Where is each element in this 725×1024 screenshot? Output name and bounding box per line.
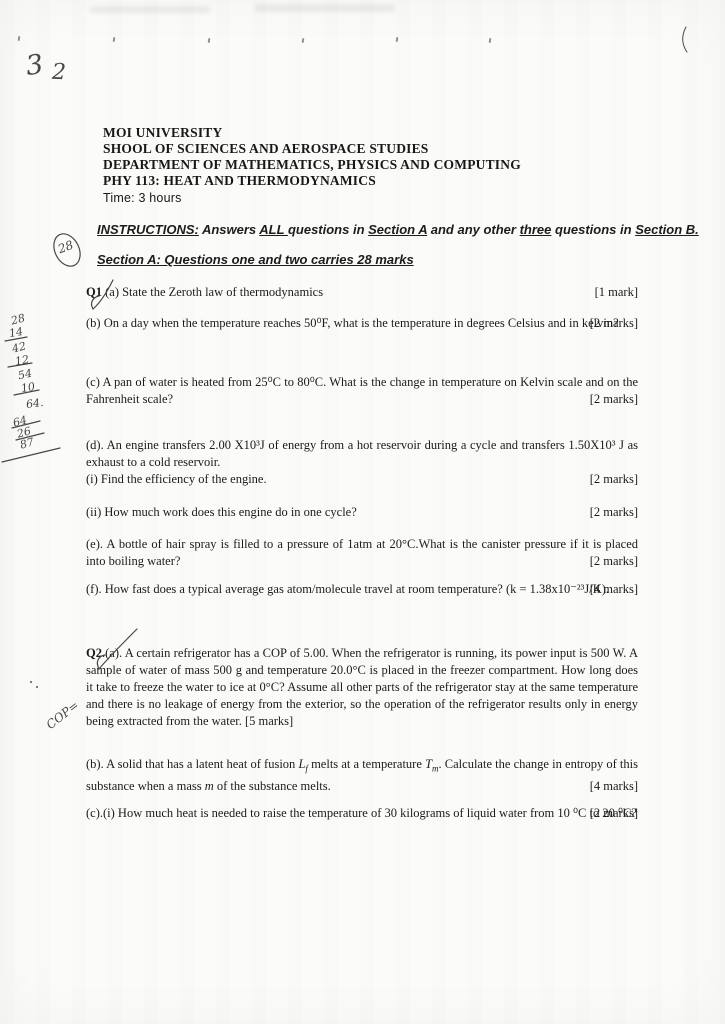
q1di-marks: [2 marks] bbox=[590, 471, 638, 488]
q2-number: Q2 bbox=[86, 646, 102, 660]
question-1e: (e). A bottle of hair spray is filled to… bbox=[86, 536, 638, 570]
handwritten-tally-item: 87 bbox=[19, 435, 36, 451]
q1b-text: (b) On a day when the temperature reache… bbox=[86, 316, 619, 330]
instructions-label: INSTRUCTIONS: bbox=[97, 222, 199, 237]
q2c-text: (c).(i) How much heat is needed to raise… bbox=[86, 806, 637, 820]
handwritten-corner-digit: 2 bbox=[52, 60, 67, 85]
scan-smudge bbox=[255, 4, 395, 12]
q2b-marks: [4 marks] bbox=[590, 778, 638, 795]
q2b-text: of the substance melts. bbox=[214, 779, 331, 793]
handwritten-sum-item: 14 bbox=[8, 325, 24, 340]
handwritten-sum-item: 10 bbox=[20, 380, 36, 395]
handwritten-circled-total: 28 bbox=[56, 238, 75, 256]
handwritten-corner-digit: 3 bbox=[24, 49, 45, 82]
q2c-marks: [2 marks] bbox=[590, 805, 638, 822]
question-1d-intro: (d). An engine transfers 2.00 X10³J of e… bbox=[86, 437, 638, 471]
scan-speck bbox=[113, 37, 116, 42]
instructions-text: questions in bbox=[551, 222, 635, 237]
exam-header: MOI UNIVERSITY SHOOL OF SCIENCES AND AER… bbox=[103, 125, 521, 206]
scan-speck bbox=[208, 38, 211, 43]
instructions-text: Answers bbox=[199, 222, 259, 237]
q2b-text: melts at a temperature bbox=[308, 757, 425, 771]
instructions-emph-section-b: Section B. bbox=[635, 222, 699, 237]
question-1f: (f). How fast does a typical average gas… bbox=[86, 581, 638, 598]
tally-underline bbox=[2, 448, 60, 462]
question-2a: Q2.(a). A certain refrigerator has a COP… bbox=[86, 645, 638, 730]
scan-pen-mark bbox=[683, 27, 687, 52]
exam-duration: Time: 3 hours bbox=[103, 190, 521, 206]
scan-speck bbox=[396, 37, 399, 42]
scan-smudge bbox=[90, 6, 210, 13]
pen-dot bbox=[36, 686, 38, 688]
scanned-exam-page: MOI UNIVERSITY SHOOL OF SCIENCES AND AER… bbox=[0, 0, 725, 1024]
scan-speck bbox=[18, 36, 21, 41]
melt-temp-symbol: T bbox=[425, 757, 432, 771]
question-2b: (b). A solid that has a latent heat of f… bbox=[86, 756, 638, 795]
pen-dot bbox=[30, 681, 32, 683]
q1e-text: (e). A bottle of hair spray is filled to… bbox=[86, 537, 638, 568]
school-name: SHOOL OF SCIENCES AND AEROSPACE STUDIES bbox=[103, 141, 521, 157]
q1di-text: (i) Find the efficiency of the engine. bbox=[86, 472, 267, 486]
question-2c: (c).(i) How much heat is needed to raise… bbox=[86, 805, 638, 822]
q1dii-marks: [2 marks] bbox=[590, 504, 638, 521]
instructions-emph-section-a: Section A bbox=[368, 222, 427, 237]
course-title: PHY 113: HEAT AND THERMODYNAMICS bbox=[103, 173, 521, 189]
q1b-marks: [2 marks] bbox=[590, 315, 638, 332]
handwritten-sum-item: 64. bbox=[25, 396, 44, 411]
q1c-marks: [2 marks] bbox=[590, 391, 638, 408]
mass-symbol: m bbox=[205, 779, 214, 793]
q1f-marks: [4 marks] bbox=[590, 581, 638, 598]
section-a-heading: Section A: Questions one and two carries… bbox=[97, 252, 414, 267]
instructions-emph-three: three bbox=[520, 222, 552, 237]
scan-speck bbox=[489, 38, 492, 43]
q1-number: Q1 bbox=[86, 285, 102, 299]
question-1d-ii: (ii) How much work does this engine do i… bbox=[86, 504, 638, 521]
q1a-marks: [1 mark] bbox=[595, 284, 638, 301]
instructions-text: and any other bbox=[427, 222, 519, 237]
q1a-text: (a) State the Zeroth law of thermodynami… bbox=[102, 285, 323, 299]
instructions-text: questions in bbox=[288, 222, 368, 237]
question-1b: (b) On a day when the temperature reache… bbox=[86, 315, 638, 332]
q1c-text: (c) A pan of water is heated from 25⁰C t… bbox=[86, 375, 638, 406]
q1dii-text: (ii) How much work does this engine do i… bbox=[86, 505, 357, 519]
instructions-emph-all: ALL bbox=[259, 222, 288, 237]
instructions-line: INSTRUCTIONS: Answers ALL questions in S… bbox=[97, 222, 699, 237]
university-name: MOI UNIVERSITY bbox=[103, 125, 521, 141]
handwritten-cop-note: COP= bbox=[44, 698, 82, 732]
scan-speck bbox=[302, 38, 305, 43]
q1e-marks: [2 marks] bbox=[590, 553, 638, 570]
q2a-text: .(a). A certain refrigerator has a COP o… bbox=[86, 646, 638, 728]
q1d-intro-text: (d). An engine transfers 2.00 X10³J of e… bbox=[86, 438, 638, 469]
handwritten-sum-item: 12 bbox=[14, 353, 30, 368]
question-1c: (c) A pan of water is heated from 25⁰C t… bbox=[86, 374, 638, 408]
question-1d-i: (i) Find the efficiency of the engine.[2… bbox=[86, 471, 638, 488]
question-1a: Q1 (a) State the Zeroth law of thermodyn… bbox=[86, 284, 638, 301]
department-name: DEPARTMENT OF MATHEMATICS, PHYSICS AND C… bbox=[103, 157, 521, 173]
q1f-text: (f). How fast does a typical average gas… bbox=[86, 582, 609, 596]
q2b-text: (b). A solid that has a latent heat of f… bbox=[86, 757, 298, 771]
